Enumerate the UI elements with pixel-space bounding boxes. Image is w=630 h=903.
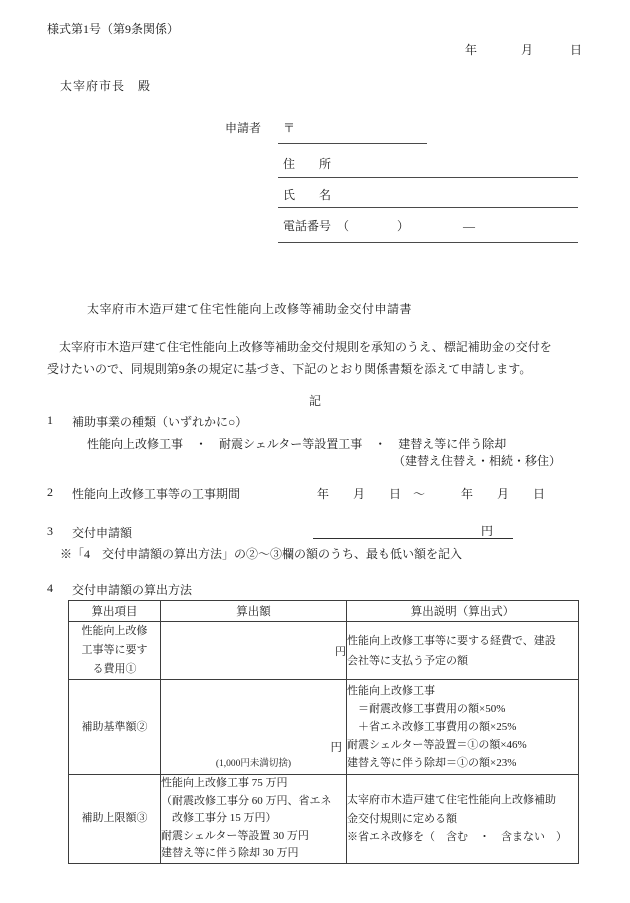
body-paragraph-line1: 太宰府市木造戸建て住宅性能向上改修等補助金交付規則を承知のうえ、標記補助金の交付… (47, 338, 552, 355)
issue-date-day-label: 日 (570, 41, 582, 58)
section3-yen-unit: 円 (481, 524, 493, 538)
section4-number: 4 (47, 581, 53, 596)
row2-yen-unit: 円 (161, 739, 346, 757)
row2-description-cell: 性能向上改修工事 ＝耐震改修工事費用の額×50% ＋省エネ改修工事費用の額×25… (347, 680, 579, 775)
table-row-limit3: 補助上限額③ 性能向上改修工事 75 万円 （耐震改修工事分 60 万円、省エネ… (69, 775, 579, 864)
section3-note: ※「4 交付申請額の算出方法」の②～③欄の額のうち、最も低い額を記入 (60, 545, 462, 562)
header-amount: 算出額 (161, 601, 347, 622)
row1-item-cell: 性能向上改修 工事等に要す る費用① (69, 622, 161, 680)
row1-yen-unit: 円 (335, 646, 346, 658)
applicant-name-line: 氏 名 (278, 180, 578, 208)
section2-number: 2 (47, 485, 53, 500)
table-header-row: 算出項目 算出額 算出説明（算出式） (69, 601, 579, 622)
section1-number: 1 (47, 413, 53, 428)
ki-marker: 記 (0, 392, 630, 409)
table-row-base2: 補助基準額② 円 (1,000円未満切捨) 性能向上改修工事 ＝耐震改修工事費用… (69, 680, 579, 775)
phone-label: 電話番号 （ ） ― (278, 210, 578, 234)
section1-options: 性能向上改修工事 ・ 耐震シェルター等設置工事 ・ 建替え等に伴う除却 (87, 435, 506, 452)
section3-heading: 交付申請額 (72, 524, 132, 541)
name-label: 氏 名 (278, 180, 578, 203)
row3-description-cell: 太宰府市木造戸建て住宅性能向上改修補助 金交付規則に定める額 ※省エネ改修を（ … (347, 775, 579, 864)
issue-date-line: 年 月 日 (465, 41, 582, 58)
row2-item-cell: 補助基準額② (69, 680, 161, 775)
calculation-table: 算出項目 算出額 算出説明（算出式） 性能向上改修 工事等に要す る費用① 円 … (68, 600, 579, 864)
issue-date-year-label: 年 (465, 41, 477, 58)
postal-mark: 〒 (278, 117, 427, 136)
header-item: 算出項目 (69, 601, 161, 622)
section1-heading: 補助事業の種類（いずれかに○） (72, 413, 247, 430)
section2-heading: 性能向上改修工事等の工事期間 (72, 485, 240, 502)
row2-rounding-note: (1,000円未満切捨) (161, 757, 346, 771)
body-paragraph-line2: 受けたいので、同規則第9条の規定に基づき、下記のとおり関係書類を添えて申請します… (47, 360, 531, 377)
row2-amount-cell: 円 (1,000円未満切捨) (161, 680, 347, 775)
section2-period-blanks: 年 月 日 ～ 年 月 日 (317, 485, 545, 502)
applicant-postal-line: 〒 (278, 117, 427, 144)
applicant-label: 申請者 (225, 119, 261, 136)
header-description: 算出説明（算出式） (347, 601, 579, 622)
row3-item-cell: 補助上限額③ (69, 775, 161, 864)
issue-date-month-label: 月 (521, 41, 533, 58)
row3-amount-cell: 性能向上改修工事 75 万円 （耐震改修工事分 60 万円、省エネ 改修工事分 … (161, 775, 347, 864)
row1-description-cell: 性能向上改修工事等に要する経費で、建設 会社等に支払う予定の額 (347, 622, 579, 680)
section1-options-note: （建替え住替え・相続・移住） (393, 452, 561, 469)
addressee: 太宰府市長 殿 (60, 77, 151, 94)
section4-heading: 交付申請額の算出方法 (72, 581, 192, 598)
document-page: 様式第1号（第9条関係） 年 月 日 太宰府市長 殿 申請者 〒 住 所 氏 名… (0, 0, 630, 903)
form-number: 様式第1号（第9条関係） (47, 20, 179, 37)
table-row-cost1: 性能向上改修 工事等に要す る費用① 円 性能向上改修工事等に要する経費で、建設… (69, 622, 579, 680)
section3-number: 3 (47, 524, 53, 539)
section3-amount-blank: 円 (313, 522, 513, 539)
applicant-phone-line: 電話番号 （ ） ― (278, 210, 578, 243)
applicant-address-line: 住 所 (278, 147, 578, 178)
document-title: 太宰府市木造戸建て住宅性能向上改修等補助金交付申請書 (87, 300, 412, 317)
address-label: 住 所 (278, 147, 578, 172)
row1-amount-cell: 円 (161, 622, 347, 680)
